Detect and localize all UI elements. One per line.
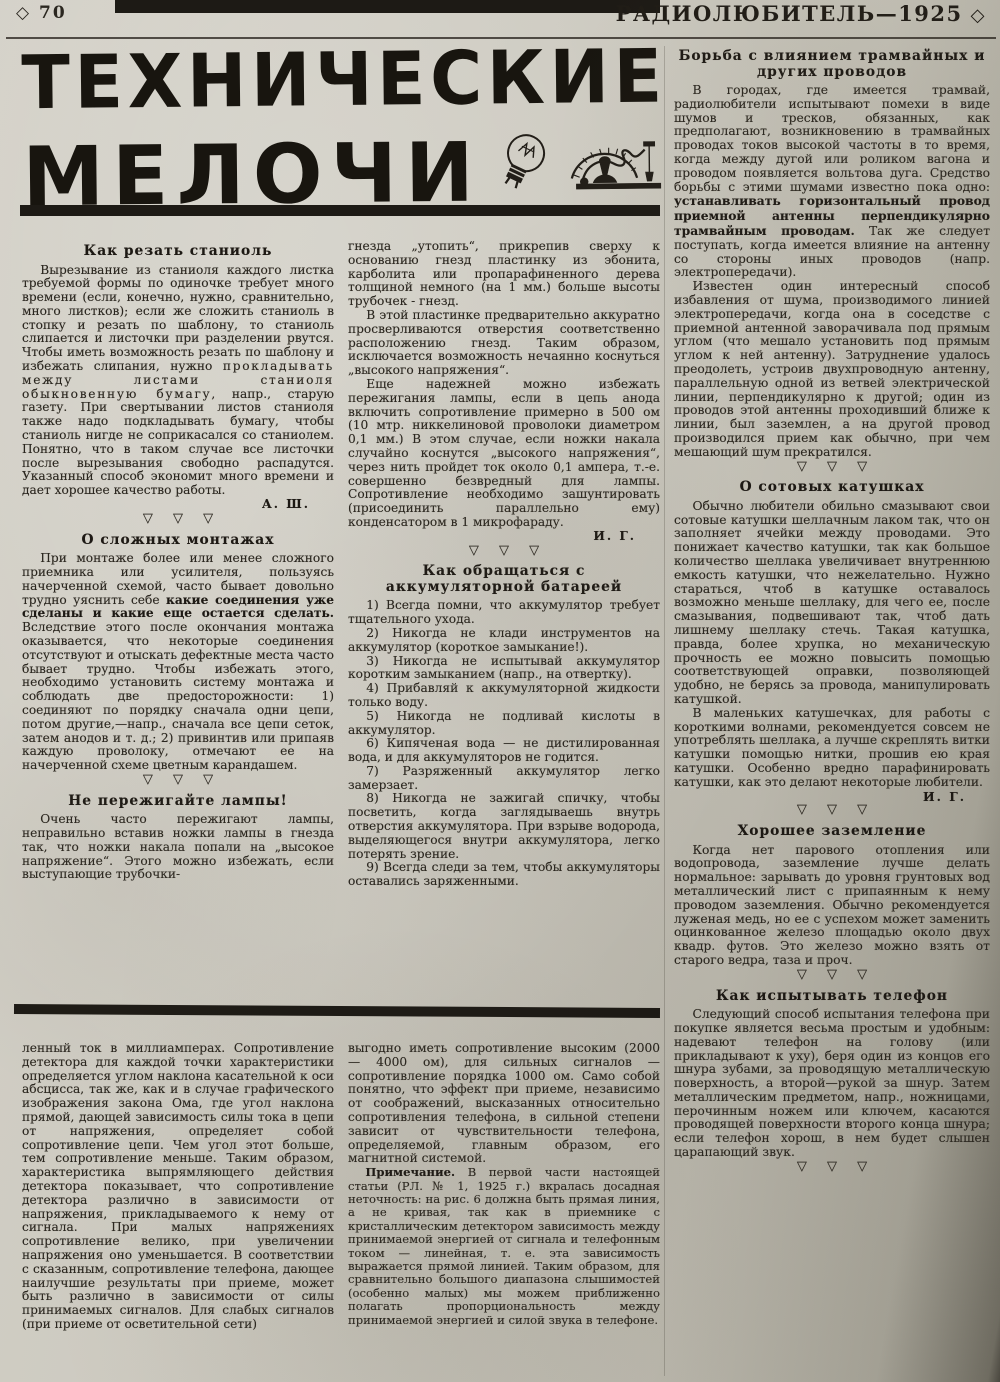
article-testing-headphones: Как испытывать телефон Следующий способ … [674,989,990,1160]
radio-parts-illustration [487,109,663,215]
battery-rule-item: 7) Разряженный аккумулятор легко замерза… [348,765,660,793]
title-rule-bar [20,205,660,216]
battery-rule-item: 6) Кипяченая вода — не дистилированная в… [348,737,660,765]
continuation-paragraph: гнезда „утопить“, прикрепив сверху к осн… [348,240,660,309]
left-column-bottom: ленный ток в миллиамперах. Сопротивление… [22,1042,334,1378]
continuation-paragraph: выгодно иметь сопротивление высоким (200… [348,1042,660,1166]
continuation-paragraph: В этой пластинке предварительно аккуратн… [348,309,660,378]
article-heading: Не пережигайте лампы! [22,794,334,810]
article-paragraph: При монтаже более или менее сложного при… [22,552,334,773]
triangle-divider: ▽ ▽ ▽ [674,1160,990,1174]
battery-rule-item: 2) Никогда не клади инструментов на акку… [348,627,660,655]
article-paragraph: Когда нет парового отопления или водопро… [674,844,990,968]
article-paragraph: Вырезывание из станиоля каждого листка т… [22,264,334,499]
continuation-paragraph: ленный ток в миллиамперах. Сопротивление… [22,1042,334,1332]
left-column-top: Как резать станиоль Вырезывание из стани… [22,237,334,1003]
article-tram-interference: Борьба с влиянием трамвайных и других пр… [674,49,990,460]
triangle-divider: ▽ ▽ ▽ [22,512,334,526]
page-corner: ◇ 70 [16,3,67,23]
battery-rule-item: 8) Никогда не зажигай спичку, чтобы посв… [348,792,660,861]
column-rule [664,46,665,1376]
author-signature: И. Г. [674,790,990,804]
triangle-divider: ▽ ▽ ▽ [22,773,334,787]
battery-rule-item: 4) Прибавляй к аккумуляторной жидкости т… [348,682,660,710]
right-column: Борьба с влиянием трамвайных и других пр… [674,42,990,1174]
article-paragraph: Очень часто пережигают лампы, неправильн… [22,813,334,882]
article-heading: Борьба с влиянием трамвайных и других пр… [674,49,990,80]
battery-rule-item: 1) Всегда помни, что аккумулятор требует… [348,599,660,627]
middle-column-top: гнезда „утопить“, прикрепив сверху к осн… [348,240,660,1002]
header-ink-bar [115,0,660,13]
article-cutting-tinfoil: Как резать станиоль Вырезывание из стани… [22,244,334,512]
editorial-note: Примечание. В первой части настоящей ста… [348,1166,660,1327]
triangle-divider: ▽ ▽ ▽ [348,544,660,558]
article-heading: Как резать станиоль [22,244,334,260]
triangle-divider: ▽ ▽ ▽ [674,460,990,474]
article-paragraph: В городах, где имеется трамвай, радиолюб… [674,84,990,280]
battery-rule-item: 5) Никогда не подливай кислоты в аккумул… [348,710,660,738]
article-heading: Как испытывать телефон [674,989,990,1005]
article-good-grounding: Хорошее заземление Когда нет парового от… [674,824,990,968]
middle-column-bottom: выгодно иметь сопротивление высоким (200… [348,1042,660,1378]
article-paragraph: В маленьких катушечках, для работы с кор… [674,707,990,790]
battery-rule-item: 3) Никогда не испытывай аккумулятор коро… [348,655,660,683]
author-signature: И. Г. [348,530,660,544]
title-line-1: ТЕХНИЧЕСКИЕ [21,43,662,116]
article-honeycomb-coils: О сотовых катушках Обычно любители обиль… [674,480,990,803]
continuation-paragraph: Еще надежней можно избежать пережигания … [348,378,660,530]
battery-rule-item: 9) Всегда следи за тем, чтобы аккумулято… [348,861,660,889]
corner-diamond-icon: ◇ [16,3,31,23]
article-heading: Как обращаться с аккумуляторной батареей [348,564,660,595]
article-paragraph: Следующий способ испытания телефона при … [674,1008,990,1160]
section-divider-bar [14,1004,660,1018]
masthead-diamond-icon: ◇ [963,5,986,26]
magazine-page: ◇ 70 РАДИОЛЮБИТЕЛЬ—1925◇ ТЕХНИЧЕСКИЕ МЕЛ… [0,0,1000,1382]
author-signature: А. Ш. [22,498,334,512]
masthead: РАДИОЛЮБИТЕЛЬ—1925◇ [616,1,986,26]
article-dont-burn-tubes: Не пережигайте лампы! Очень часто пережи… [22,794,334,882]
article-paragraph: Известен один интересный способ избавлен… [674,280,990,459]
triangle-divider: ▽ ▽ ▽ [674,803,990,817]
article-heading: Хорошее заземление [674,824,990,840]
note-label: Примечание. [365,1165,455,1179]
triangle-divider: ▽ ▽ ▽ [674,968,990,982]
page-number: 70 [39,3,67,23]
article-complex-wiring: О сложных монтажах При монтаже более или… [22,533,334,773]
article-paragraph: Обычно любители обильно смазывают свои с… [674,500,990,707]
article-battery-care: Как обращаться с аккумуляторной батареей… [348,564,660,889]
article-heading: О сложных монтажах [22,533,334,549]
masthead-title: РАДИОЛЮБИТЕЛЬ—1925 [616,1,963,26]
page-title: ТЕХНИЧЕСКИЕ МЕЛОЧИ [21,45,663,218]
article-heading: О сотовых катушках [674,480,990,496]
